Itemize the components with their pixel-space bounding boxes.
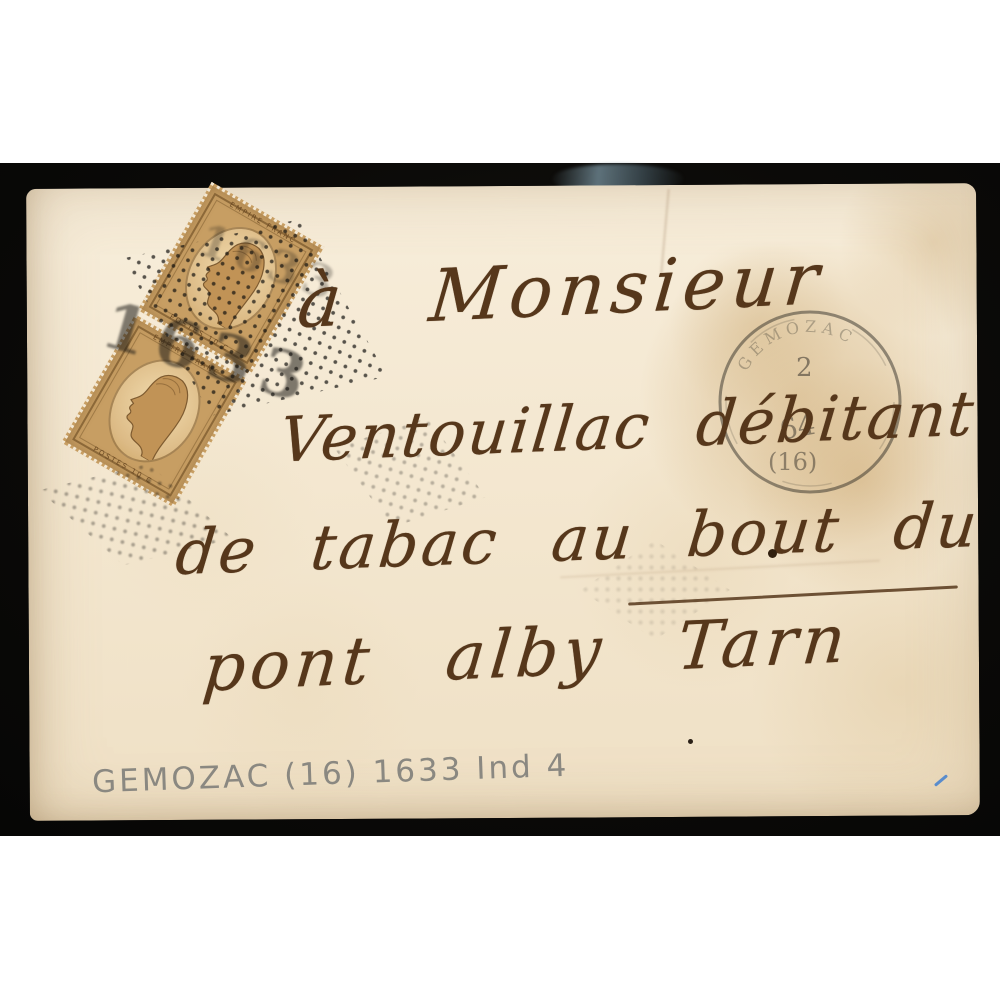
postmark-day: 2 (796, 353, 813, 383)
ink-blot (768, 549, 777, 558)
paper-speck (688, 739, 693, 744)
photo-canvas: EMPIRE FRANC POSTES 10 C EMPIRE FRANC PO… (0, 0, 1000, 1000)
